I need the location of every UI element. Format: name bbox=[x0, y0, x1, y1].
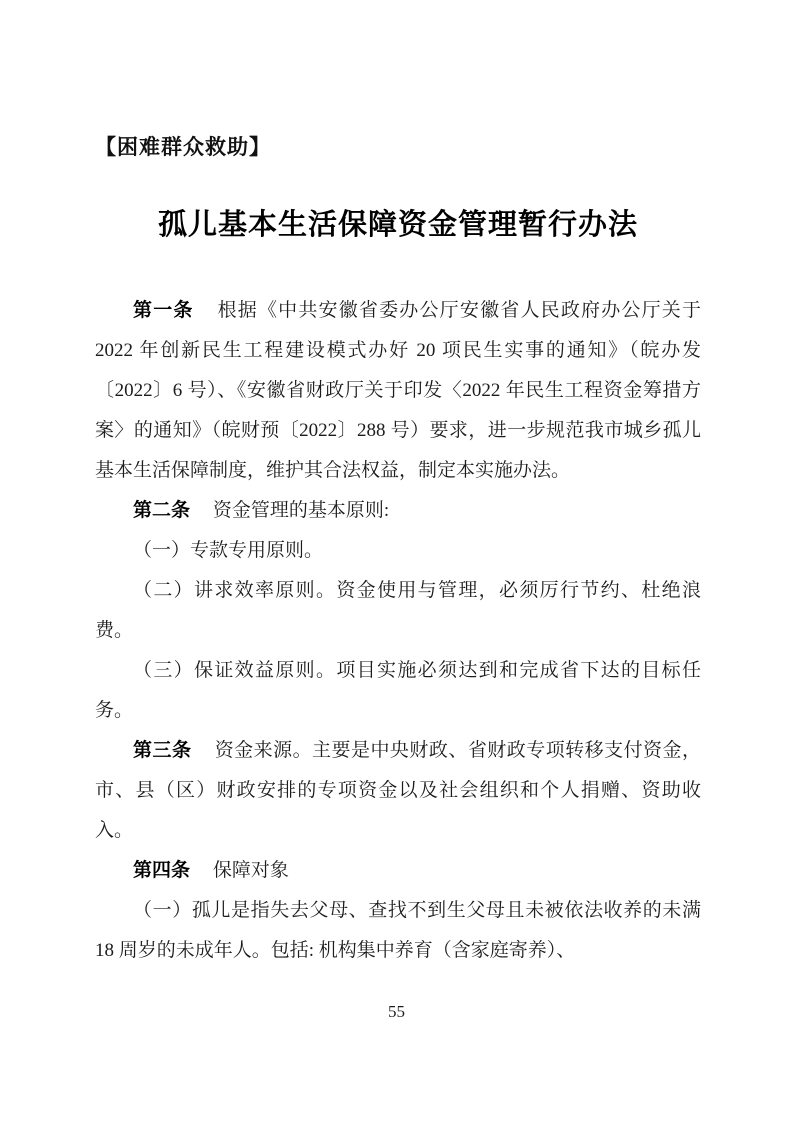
paragraph-article-3: 第三条 资金来源。主要是中央财政、省财政专项转移支付资金，市、县（区）财政安排的… bbox=[95, 731, 701, 851]
article-number: 第三条 bbox=[133, 740, 191, 761]
paragraph-item-1: （一）专款专用原则。 bbox=[95, 531, 701, 571]
paragraph-text: （一）孤儿是指失去父母、查找不到生父母且未被依法收养的未满 18 周岁的未成年人… bbox=[95, 900, 701, 961]
article-number: 第四条 bbox=[133, 860, 190, 881]
paragraph-text: 根据《中共安徽省委办公厅安徽省人民政府办公厅关于 2022 年创新民生工程建设模… bbox=[95, 300, 701, 481]
paragraph-text: 保障对象 bbox=[213, 860, 289, 881]
section-header: 【困难群众救助】 bbox=[95, 133, 701, 163]
document-body: 第一条 根据《中共安徽省委办公厅安徽省人民政府办公厅关于 2022 年创新民生工… bbox=[95, 291, 701, 971]
page-number: 55 bbox=[0, 1002, 793, 1022]
article-number: 第一条 bbox=[133, 300, 194, 321]
paragraph-text: （一）专款专用原则。 bbox=[133, 540, 323, 561]
paragraph-item-3: （三）保证效益原则。项目实施必须达到和完成省下达的目标任务。 bbox=[95, 651, 701, 731]
paragraph-article-2: 第二条 资金管理的基本原则: bbox=[95, 491, 701, 531]
paragraph-item-2: （二）讲求效率原则。资金使用与管理，必须厉行节约、杜绝浪费。 bbox=[95, 571, 701, 651]
paragraph-article-1: 第一条 根据《中共安徽省委办公厅安徽省人民政府办公厅关于 2022 年创新民生工… bbox=[95, 291, 701, 491]
document-page: 【困难群众救助】 孤儿基本生活保障资金管理暂行办法 第一条 根据《中共安徽省委办… bbox=[0, 0, 793, 1122]
paragraph-article-4: 第四条 保障对象 bbox=[95, 851, 701, 891]
paragraph-item-4: （一）孤儿是指失去父母、查找不到生父母且未被依法收养的未满 18 周岁的未成年人… bbox=[95, 891, 701, 971]
article-number: 第二条 bbox=[133, 500, 190, 521]
paragraph-text: （二）讲求效率原则。资金使用与管理，必须厉行节约、杜绝浪费。 bbox=[95, 580, 701, 641]
paragraph-text: （三）保证效益原则。项目实施必须达到和完成省下达的目标任务。 bbox=[95, 660, 701, 721]
page-title: 孤儿基本生活保障资金管理暂行办法 bbox=[95, 203, 701, 247]
paragraph-text: 资金管理的基本原则: bbox=[213, 500, 389, 521]
